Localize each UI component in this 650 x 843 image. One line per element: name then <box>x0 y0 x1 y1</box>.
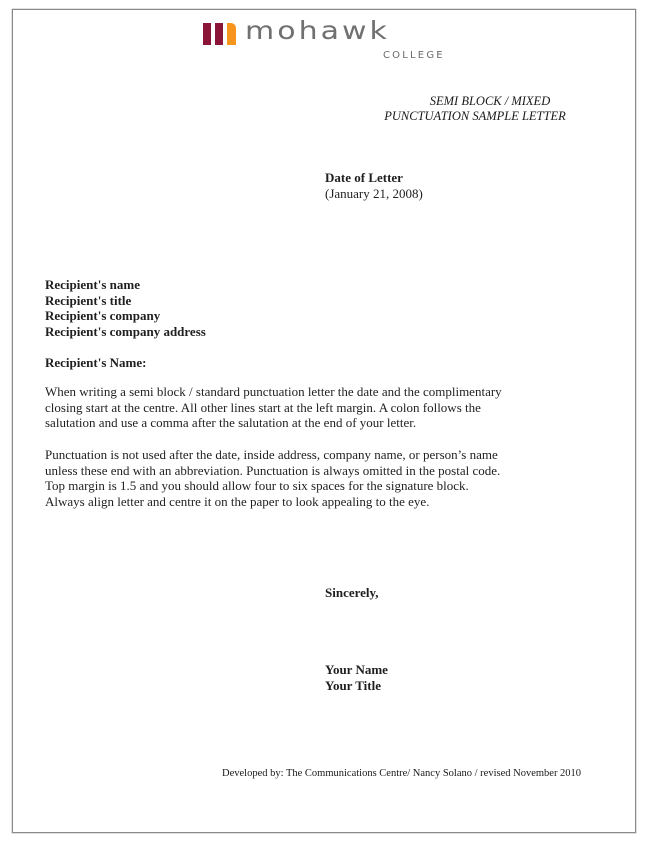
signature-title: Your Title <box>325 678 388 694</box>
paragraph-line: Punctuation is not used after the date, … <box>45 447 535 463</box>
logo-bar-1 <box>203 23 211 45</box>
paragraph-line: unless these end with an abbreviation. P… <box>45 463 535 479</box>
paragraph-line: Top margin is 1.5 and you should allow f… <box>45 478 535 494</box>
recipient-name: Recipient's name <box>45 277 206 293</box>
title-line-1: SEMI BLOCK / MIXED <box>360 94 590 109</box>
mohawk-college-logo: mohawk COLLEGE <box>200 20 460 66</box>
body-paragraph-2: Punctuation is not used after the date, … <box>45 447 535 509</box>
logo-wordmark: mohawk <box>245 20 390 43</box>
date-value: (January 21, 2008) <box>325 186 423 202</box>
body-paragraph-1: When writing a semi block / standard pun… <box>45 384 535 431</box>
logo-subtitle: COLLEGE <box>383 50 445 61</box>
signature-name: Your Name <box>325 662 388 678</box>
paragraph-line: When writing a semi block / standard pun… <box>45 384 535 400</box>
paragraph-line: salutation and use a comma after the sal… <box>45 415 535 431</box>
recipient-company: Recipient's company <box>45 308 206 324</box>
paragraph-line: closing start at the centre. All other l… <box>45 400 535 416</box>
recipient-title: Recipient's title <box>45 293 206 309</box>
complimentary-closing: Sincerely, <box>325 585 379 601</box>
document-title: SEMI BLOCK / MIXED PUNCTUATION SAMPLE LE… <box>360 94 590 124</box>
date-label: Date of Letter <box>325 170 423 186</box>
paragraph-line: Always align letter and centre it on the… <box>45 494 535 510</box>
salutation: Recipient's Name: <box>45 355 146 371</box>
footer-credit: Developed by: The Communications Centre/… <box>222 767 581 780</box>
inside-address: Recipient's name Recipient's title Recip… <box>45 277 206 339</box>
recipient-address: Recipient's company address <box>45 324 206 340</box>
logo-bar-2 <box>215 23 223 45</box>
title-line-2: PUNCTUATION SAMPLE LETTER <box>360 109 590 124</box>
date-block: Date of Letter (January 21, 2008) <box>325 170 423 201</box>
signature-block: Your Name Your Title <box>325 662 388 693</box>
logo-bar-3 <box>227 23 236 45</box>
